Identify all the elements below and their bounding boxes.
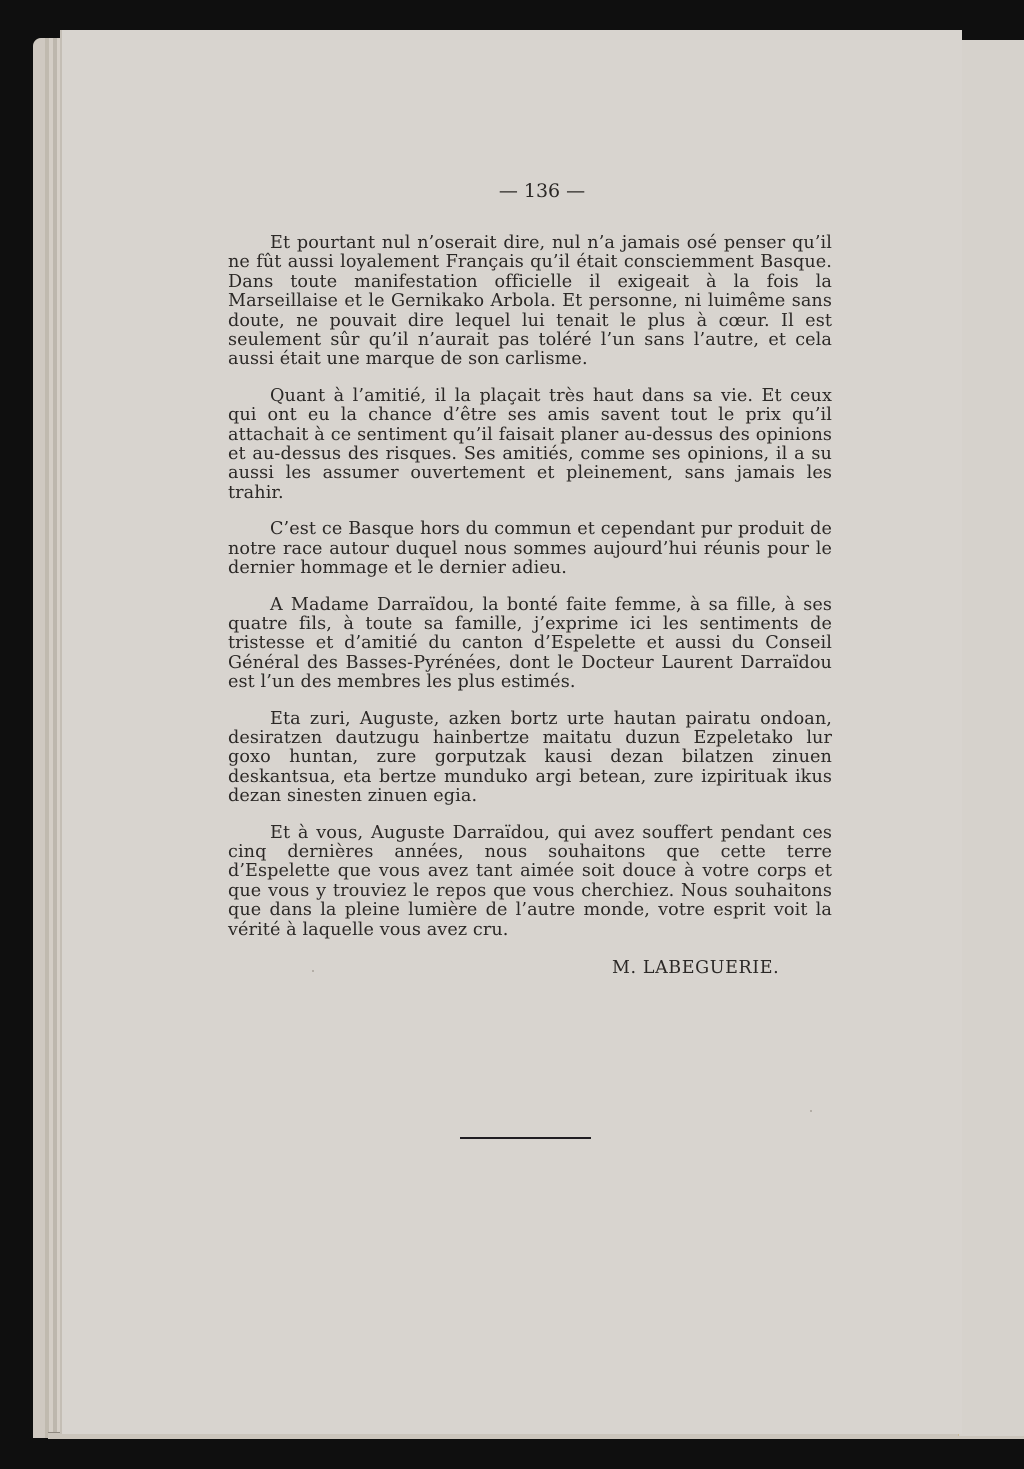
separator-rule <box>460 1137 591 1139</box>
page-number: — 136 — <box>0 180 1024 202</box>
paragraph: Quant à l’amitié, il la plaçait très hau… <box>228 387 832 503</box>
paragraph: Et pourtant nul n’oserait dire, nul n’a … <box>228 234 832 370</box>
paragraph: Et à vous, Auguste Darraïdou, qui avez s… <box>228 824 832 940</box>
signature: M. LABEGUERIE. <box>612 958 779 978</box>
paragraph: A Madame Darraïdou, la bonté faite femme… <box>228 596 832 693</box>
page-stack-edges <box>33 38 63 1438</box>
paper-speck <box>312 970 314 972</box>
facing-page-edge <box>958 40 1024 1436</box>
paper-speck <box>810 1110 812 1112</box>
body-text: Et pourtant nul n’oserait dire, nul n’a … <box>228 234 832 957</box>
paragraph: C’est ce Basque hors du commun et cepend… <box>228 520 832 578</box>
paragraph: Eta zuri, Auguste, azken bortz urte haut… <box>228 710 832 807</box>
